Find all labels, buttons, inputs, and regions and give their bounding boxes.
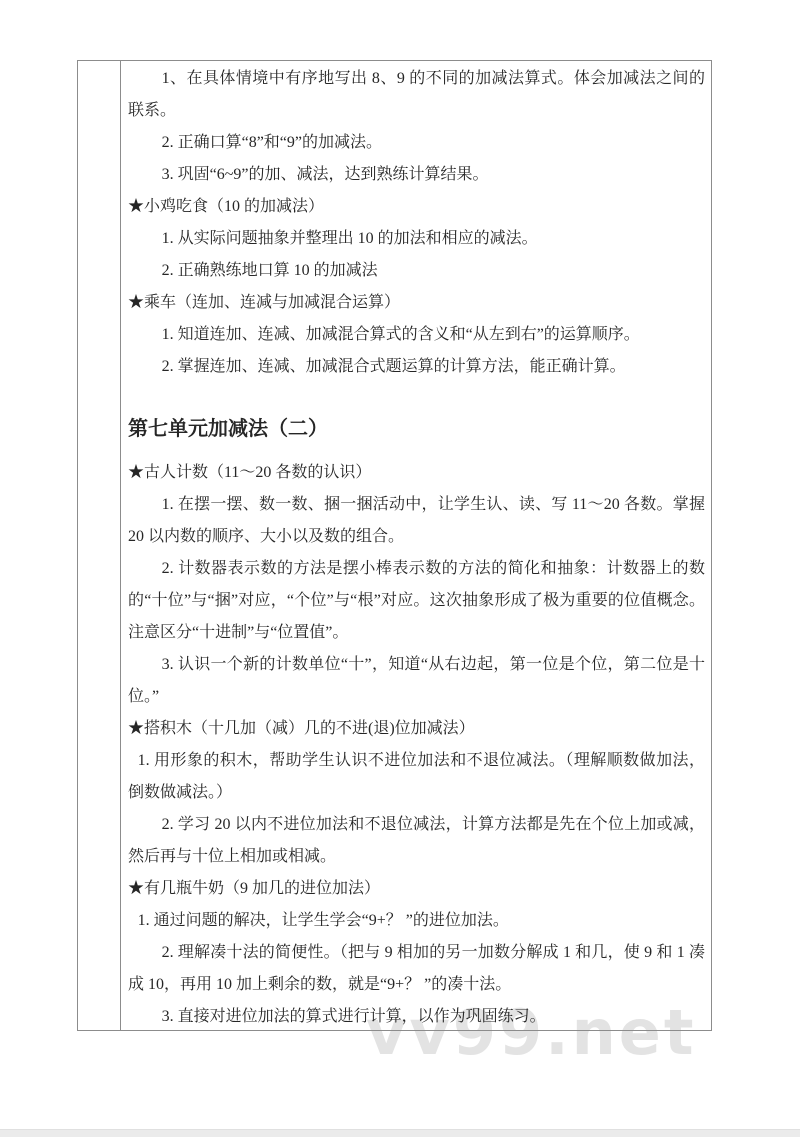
lesson-title: ★有几瓶牛奶（9 加几的进位加法） [128,873,705,905]
table-content-cell: 1、在具体情境中有序地写出 8、9 的不同的加减法算式。体会加减法之间的联系。2… [121,61,711,1030]
objective-item: 1. 从实际问题抽象并整理出 10 的加法和相应的减法。 [128,223,705,255]
objective-item: 2. 正确熟练地口算 10 的加减法 [128,255,705,287]
objective-item: 3. 巩固“6~9”的加、减法，达到熟练计算结果。 [128,159,705,191]
objective-item: 1. 用形象的积木，帮助学生认识不进位加法和不退位减法。（理解顺数做加法，倒数做… [128,745,705,809]
objective-item: 3. 直接对进位加法的算式进行计算，以作为巩固练习。 [128,1001,705,1030]
page-bottom-strip [0,1129,800,1137]
objective-item: 1. 在摆一摆、数一数、捆一捆活动中，让学生认、读、写 11～20 各数。掌握 … [128,489,705,553]
content-table: 1、在具体情境中有序地写出 8、9 的不同的加减法算式。体会加减法之间的联系。2… [77,60,712,1031]
lesson-title: ★小鸡吃食（10 的加减法） [128,191,705,223]
objective-item: 3. 认识一个新的计数单位“十”，知道“从右边起，第一位是个位，第二位是十位。” [128,649,705,713]
lesson-title: ★搭积木（十几加（减）几的不进(退)位加减法） [128,713,705,745]
document-page: vv99.net 1、在具体情境中有序地写出 8、9 的不同的加减法算式。体会加… [0,0,800,1137]
objective-item: 1. 通过问题的解决，让学生学会“9+？ ”的进位加法。 [128,905,705,937]
objective-item: 2. 理解凑十法的简便性。（把与 9 相加的另一加数分解成 1 和几，使 9 和… [128,937,705,1001]
lesson-title: ★古人计数（11～20 各数的认识） [128,457,705,489]
lesson-title: ★乘车（连加、连减与加减混合运算） [128,287,705,319]
objective-item: 1、在具体情境中有序地写出 8、9 的不同的加减法算式。体会加减法之间的联系。 [128,63,705,127]
unit-heading: 第七单元加减法（二） [128,409,705,449]
objective-item: 1. 知道连加、连减、加减混合算式的含义和“从左到右”的运算顺序。 [128,319,705,351]
objective-item: 2. 学习 20 以内不进位加法和不退位减法，计算方法都是先在个位上加或减，然后… [128,809,705,873]
table-left-column-cell [78,61,121,1030]
objective-item: 2. 正确口算“8”和“9”的加减法。 [128,127,705,159]
objective-item: 2. 掌握连加、连减、加减混合式题运算的计算方法，能正确计算。 [128,351,705,383]
objective-item: 2. 计数器表示数的方法是摆小棒表示数的方法的简化和抽象：计数器上的数的“十位”… [128,553,705,649]
